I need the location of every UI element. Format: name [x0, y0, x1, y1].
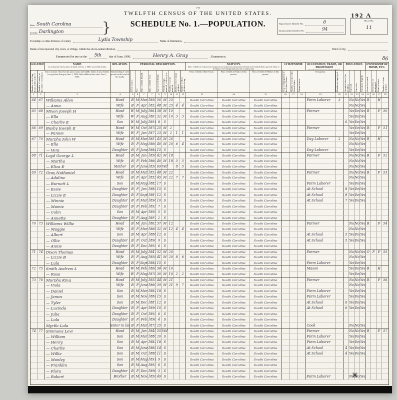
cell-rel: Son	[110, 232, 130, 237]
cell-occ	[306, 103, 336, 108]
cell-mb: South Carolina	[250, 351, 282, 356]
cell-fb: South Carolina	[218, 98, 250, 103]
cell-rel: Wife	[110, 131, 130, 136]
cell-fs: 53	[382, 170, 388, 175]
cell-mb: South Carolina	[250, 255, 282, 260]
cell-imm	[282, 255, 290, 260]
cell-name: Williams Allen	[44, 98, 110, 103]
cell-fs	[382, 232, 388, 237]
cell-bm: Aug	[140, 363, 148, 368]
cell-occ	[306, 164, 336, 169]
cell-mo	[336, 329, 344, 334]
cell-occ	[306, 158, 336, 163]
cell-bm: Aug	[140, 114, 148, 119]
cell-imm	[282, 244, 290, 249]
cell-rel: Head	[110, 329, 130, 334]
cell-dw: 68	[31, 153, 38, 158]
population-schedule-table: LOCATION.NAMEof each person whose place …	[30, 62, 389, 385]
cell-mb: South Carolina	[250, 136, 282, 141]
cell-dw	[31, 147, 38, 152]
cell-fs: 56	[382, 277, 388, 282]
cell-yus	[290, 226, 298, 231]
cell-bm: Apr	[140, 232, 148, 237]
cell-fam	[37, 192, 44, 197]
cell-rel: Wife	[110, 114, 130, 119]
cell-bp: South Carolina	[186, 164, 218, 169]
cell-dw	[31, 215, 38, 220]
cell-fb: South Carolina	[218, 283, 250, 288]
cell-bm: Mar	[140, 323, 148, 328]
cell-nat	[298, 131, 306, 136]
cell-yus	[290, 192, 298, 197]
cell-occ	[306, 142, 336, 147]
cell-fam	[37, 334, 44, 339]
cell-nat	[298, 345, 306, 350]
cell-fs: 52	[382, 153, 388, 158]
cell-bm: May	[140, 181, 148, 186]
cell-nat	[298, 175, 306, 180]
cell-yus	[290, 103, 298, 108]
cell-rel: Head	[110, 249, 130, 254]
cell-imm	[282, 306, 290, 311]
cell-occ	[306, 283, 336, 288]
cell-bm: Mar	[140, 198, 148, 203]
cell-occ	[306, 226, 336, 231]
cell-occ: Farm Laborer	[306, 98, 336, 103]
cell-mb: South Carolina	[250, 131, 282, 136]
cell-dw	[31, 164, 38, 169]
cell-yus	[290, 271, 298, 276]
enumeration-district-row: Enumeration District No. 94	[279, 28, 344, 33]
enumerated-label: Enumerated by me on the	[56, 56, 87, 59]
cell-occ	[306, 131, 336, 136]
cell-imm	[282, 351, 290, 356]
township-value: Lydia Township	[73, 38, 158, 43]
enumerator-label: , Enumerator.	[210, 56, 226, 59]
cell-yus	[290, 323, 298, 328]
cell-mo	[336, 266, 344, 271]
cell-nat	[298, 294, 306, 299]
cell-yus	[290, 294, 298, 299]
cell-mo: 2	[336, 136, 344, 141]
cell-fs: 51	[382, 125, 388, 130]
cell-nat	[298, 329, 306, 334]
enumerated-day: 5th	[89, 54, 107, 59]
cell-mb: South Carolina	[250, 345, 282, 350]
cell-mb: South Carolina	[250, 300, 282, 305]
cell-rel: Head	[110, 136, 130, 141]
cell-bm: Jan	[140, 329, 148, 334]
cell-mb: South Carolina	[250, 181, 282, 186]
cell-occ	[306, 255, 336, 260]
column-label: Date of Birth. Year.	[148, 71, 156, 93]
cell-name: — Mamie	[44, 204, 110, 209]
cell-fb: South Carolina	[218, 198, 250, 203]
cell-dw	[31, 175, 38, 180]
column-label: Naturalization.	[298, 71, 306, 93]
cell-fs	[382, 158, 388, 163]
cell-bp: South Carolina	[186, 244, 218, 249]
cell-name: — James	[44, 294, 110, 299]
cell-occ	[306, 114, 336, 119]
cell-bp: South Carolina	[186, 142, 218, 147]
column-number: 3	[44, 93, 110, 98]
column-number: 1	[31, 93, 38, 98]
supervisor-district-label: Supervisor's District No.	[279, 23, 304, 26]
sheet-number-label: Sheet No.	[351, 20, 388, 23]
column-number: 7	[140, 93, 148, 98]
cell-name: — Ella	[44, 142, 110, 147]
cell-imm	[282, 204, 290, 209]
cell-mb: South Carolina	[250, 147, 282, 152]
cell-fs	[382, 120, 388, 125]
institution-blank	[184, 39, 388, 43]
cell-fam	[37, 294, 44, 299]
cell-occ	[306, 311, 336, 316]
cell-fam	[37, 238, 44, 243]
cell-fb: South Carolina	[218, 136, 250, 141]
cell-by: 1896	[148, 317, 156, 322]
cell-occ	[306, 368, 336, 373]
sheet-number-value: 11	[366, 25, 372, 31]
cell-rel: Daughter	[110, 204, 130, 209]
cell-nat	[298, 368, 306, 373]
cell-fb: South Carolina	[218, 368, 250, 373]
cell-nat	[298, 283, 306, 288]
cell-yus	[290, 131, 298, 136]
cell-name: Busby Joseph E	[44, 125, 110, 130]
cell-bm: July	[140, 249, 148, 254]
cell-imm	[282, 226, 290, 231]
cell-by: 1893	[148, 311, 156, 316]
cell-by: 1852	[148, 170, 156, 175]
cell-bm: Jan	[140, 187, 148, 192]
cell-imm	[282, 210, 290, 215]
cell-occ: At School	[306, 345, 336, 350]
cell-name: — Lula	[44, 317, 110, 322]
cell-yus	[290, 175, 298, 180]
cell-nat	[298, 192, 306, 197]
cell-fam	[37, 226, 44, 231]
cell-bp: South Carolina	[186, 363, 218, 368]
cell-bm: July	[140, 109, 148, 114]
cell-bp: South Carolina	[186, 283, 218, 288]
cell-fam	[37, 215, 44, 220]
cell-yus	[290, 345, 298, 350]
cell-bp: South Carolina	[186, 345, 218, 350]
cell-occ: Farm Laborer	[306, 294, 336, 299]
cell-mb: South Carolina	[250, 109, 282, 114]
cell-fs	[382, 311, 388, 316]
cell-fam	[37, 271, 44, 276]
cell-fs	[382, 345, 388, 350]
cell-by: 1850	[148, 374, 156, 379]
cell-bm: Feb	[140, 158, 148, 163]
cell-fb: South Carolina	[218, 221, 250, 226]
cell-fam	[37, 345, 44, 350]
cell-yus	[290, 317, 298, 322]
cell-nat	[298, 300, 306, 305]
cell-fam	[37, 260, 44, 265]
cell-by: 1877	[148, 131, 156, 136]
cell-name: Murphy King	[44, 277, 110, 282]
cell-mb: South Carolina	[250, 210, 282, 215]
cell-fam	[37, 232, 44, 237]
cell-fb: South Carolina	[218, 271, 250, 276]
cell-fb: South Carolina	[218, 357, 250, 362]
cell-nat	[298, 215, 306, 220]
cell-mb: South Carolina	[250, 329, 282, 334]
cell-fs	[382, 294, 388, 299]
cell-rel: Daughter	[110, 306, 130, 311]
cell-bp: South Carolina	[186, 317, 218, 322]
column-group-label: CITIZENSHIP.	[282, 63, 306, 71]
cell-bp: South Carolina	[186, 114, 218, 119]
cell-fam	[37, 357, 44, 362]
cell-fam	[37, 288, 44, 293]
cell-occ: At School	[306, 238, 336, 243]
cell-occ: Farm Laborer	[306, 260, 336, 265]
cell-fb: South Carolina	[218, 175, 250, 180]
county-value: Darlington	[39, 30, 64, 35]
cell-bm: Sept	[140, 192, 148, 197]
cell-fb: South Carolina	[218, 255, 250, 260]
cell-dw: 74	[31, 329, 38, 334]
cell-fam: 72	[37, 170, 44, 175]
cell-yus	[290, 98, 298, 103]
cell-dw	[31, 238, 38, 243]
cell-occ: Farmer	[306, 153, 336, 158]
cell-mo	[336, 323, 344, 328]
cell-yus	[290, 142, 298, 147]
cell-fb: South Carolina	[218, 351, 250, 356]
cell-bm: Nov	[140, 294, 148, 299]
cell-bp: South Carolina	[186, 266, 218, 271]
cell-nat	[298, 125, 306, 130]
cell-fb: South Carolina	[218, 277, 250, 282]
cell-mb: South Carolina	[250, 175, 282, 180]
cell-dw	[31, 244, 38, 249]
cell-rel: Son	[110, 300, 130, 305]
cell-name: — Maggie	[44, 226, 110, 231]
cell-fb: South Carolina	[218, 103, 250, 108]
cell-mo	[336, 215, 344, 220]
cell-fs	[382, 340, 388, 345]
ink-smudge-mark: ✕	[352, 372, 358, 381]
cell-fam	[37, 255, 44, 260]
cell-imm	[282, 317, 290, 322]
cell-mo	[336, 244, 344, 249]
enumeration-district-value: 94	[306, 28, 344, 33]
cell-fs	[382, 283, 388, 288]
cell-by: 1896	[148, 368, 156, 373]
cell-yus	[290, 238, 298, 243]
cell-mb: South Carolina	[250, 187, 282, 192]
cell-mo	[336, 260, 344, 265]
cell-by: 1855	[148, 277, 156, 282]
cell-imm	[282, 187, 290, 192]
cell-mo	[336, 300, 344, 305]
cell-occ	[306, 363, 336, 368]
cell-fam	[37, 175, 44, 180]
column-label: Place of birth of Father of this person.	[218, 71, 250, 93]
cell-by: 1884	[148, 147, 156, 152]
cell-name: — Franklin	[44, 363, 110, 368]
cell-bp: South Carolina	[186, 131, 218, 136]
cell-name: — Viola	[44, 283, 110, 288]
cell-rel: Son	[110, 210, 130, 215]
cell-mo	[336, 317, 344, 322]
cell-bm: Mar	[140, 170, 148, 175]
cell-occ: Mason	[306, 266, 336, 271]
cell-nat	[298, 260, 306, 265]
column-number: 20	[336, 93, 344, 98]
cell-fam	[37, 210, 44, 215]
cell-by: 1888	[148, 232, 156, 237]
cell-nat	[298, 244, 306, 249]
cell-fs	[382, 175, 388, 180]
cell-bm: Dec	[140, 300, 148, 305]
cell-by: 1830	[148, 164, 156, 169]
cell-rel: Son	[110, 340, 130, 345]
cell-fb: South Carolina	[218, 345, 250, 350]
cell-mo	[336, 158, 344, 163]
cell-name: — Julia	[44, 311, 110, 316]
cell-nat	[298, 153, 306, 158]
cell-fam	[37, 306, 44, 311]
cell-dw	[31, 120, 38, 125]
cell-rel: Daughter	[110, 192, 130, 197]
cell-bp: South Carolina	[186, 368, 218, 373]
cell-fb: South Carolina	[218, 147, 250, 152]
cell-name: — Charlie E	[44, 120, 110, 125]
cell-yus	[290, 300, 298, 305]
cell-rel: Son	[110, 357, 130, 362]
cell-nat	[298, 136, 306, 141]
cell-bp: South Carolina	[186, 351, 218, 356]
cell-bm: Feb	[140, 204, 148, 209]
cell-by: 1890	[148, 238, 156, 243]
cell-nat	[298, 109, 306, 114]
cell-bm: Mar	[140, 288, 148, 293]
cell-occ: At School	[306, 300, 336, 305]
cell-fs	[382, 300, 388, 305]
cell-yus	[290, 136, 298, 141]
cell-imm	[282, 181, 290, 186]
cell-rel: Wife	[110, 142, 130, 147]
cell-nat	[298, 120, 306, 125]
cell-mo	[336, 283, 344, 288]
cell-fam	[37, 120, 44, 125]
cell-bp: South Carolina	[186, 192, 218, 197]
cell-mo	[336, 306, 344, 311]
cell-fam: 73	[37, 221, 44, 226]
cell-rel: Head	[110, 266, 130, 271]
column-label: Place of birth of Mother of this person.	[250, 71, 282, 93]
cell-fb: South Carolina	[218, 164, 250, 169]
cell-imm	[282, 345, 290, 350]
cell-yus	[290, 120, 298, 125]
cell-occ: At School	[306, 192, 336, 197]
cell-fam	[37, 147, 44, 152]
cell-yus	[290, 306, 298, 311]
cell-by: 1868	[148, 226, 156, 231]
cell-by: 1870	[148, 271, 156, 276]
cell-nat	[298, 181, 306, 186]
cell-name: — Anna	[44, 103, 110, 108]
cell-fam: 74	[37, 249, 44, 254]
cell-occ: Cook	[306, 323, 336, 328]
margin-annotation: 86	[382, 56, 389, 62]
cell-occ	[306, 317, 336, 322]
cell-mo	[336, 192, 344, 197]
cell-fb: South Carolina	[218, 306, 250, 311]
cell-dw	[31, 187, 38, 192]
cell-rel: Wife	[110, 271, 130, 276]
cell-fam	[37, 158, 44, 163]
cell-fam	[37, 181, 44, 186]
cell-bp: South Carolina	[186, 158, 218, 163]
cell-imm	[282, 260, 290, 265]
cell-bp: South Carolina	[186, 277, 218, 282]
cell-mb: South Carolina	[250, 277, 282, 282]
cell-imm	[282, 329, 290, 334]
cell-bm: June	[140, 283, 148, 288]
cell-imm	[282, 147, 290, 152]
cell-by: 1890	[148, 198, 156, 203]
cell-nat	[298, 204, 306, 209]
cell-yus	[290, 198, 298, 203]
cell-fb: South Carolina	[218, 334, 250, 339]
cell-imm	[282, 114, 290, 119]
cell-name: — Annie	[44, 244, 110, 249]
cell-dw: 73	[31, 277, 38, 282]
cell-nat	[298, 374, 306, 379]
cell-fs	[382, 164, 388, 169]
cell-bm: June	[140, 345, 148, 350]
cell-mo	[336, 125, 344, 130]
cell-name: — Daniel	[44, 288, 110, 293]
cell-imm	[282, 232, 290, 237]
ward-label: Ward of city,	[332, 48, 346, 51]
cell-yus	[290, 311, 298, 316]
cell-mo	[336, 221, 344, 226]
column-number: 19	[306, 93, 336, 98]
cell-rel: Head	[110, 170, 130, 175]
cell-mo	[336, 345, 344, 350]
cell-by: 1884	[148, 260, 156, 265]
cell-occ: Farm Laborer	[306, 288, 336, 293]
cell-imm	[282, 103, 290, 108]
cell-mb: South Carolina	[250, 363, 282, 368]
cell-mb: South Carolina	[250, 238, 282, 243]
cell-fs	[382, 334, 388, 339]
county-line: County Darlington	[30, 28, 103, 36]
cell-fs	[382, 266, 388, 271]
column-group-label: OWNERSHIP OF HOME, ETC.	[366, 63, 389, 71]
cell-name: — Burnett L	[44, 181, 110, 186]
cell-mb: South Carolina	[250, 98, 282, 103]
cell-occ	[306, 210, 336, 215]
column-label: Number of family in the order of visitat…	[37, 71, 44, 93]
cell-fb: South Carolina	[218, 288, 250, 293]
cell-yus	[290, 125, 298, 130]
supervisor-district-row: Supervisor's District No. 6	[279, 21, 344, 26]
cell-bm: Apr	[140, 210, 148, 215]
cell-occ: Farm Laborer	[306, 374, 336, 379]
cell-by: 1874	[148, 125, 156, 130]
township-label: Township or other division of county	[30, 40, 71, 43]
